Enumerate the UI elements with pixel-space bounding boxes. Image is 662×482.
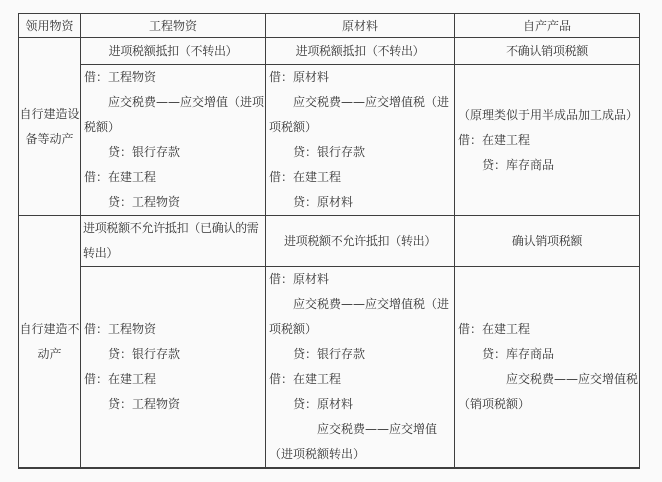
text-line: 转出） [83, 241, 264, 266]
text-line: 确认销项税额 [456, 229, 638, 254]
text-line: （原理类似于用半成品加工成品） [458, 103, 638, 128]
tax-treatment-cell: 不确认销项税额 [455, 38, 640, 65]
text-line: （进项税额转出） [269, 442, 453, 467]
text-line: （销项税额） [458, 392, 638, 417]
text-line: 贷：银行存款 [269, 342, 453, 367]
row-label-immovable-assets: 自行建造不动产 [19, 216, 81, 469]
text-line: 应交税费——应交增值（进项 [84, 90, 264, 115]
text-line: 贷：银行存款 [269, 140, 453, 165]
header-cell-requisitioned-materials: 领用物资 [19, 14, 81, 38]
text-line: 贷：银行存款 [84, 342, 264, 367]
text-line: 借：在建工程 [84, 165, 264, 190]
tax-treatment-cell: 进项税额不允许抵扣（转出） [266, 216, 455, 267]
text-line: 自行建造不 [19, 317, 80, 342]
header-cell-self-produced-goods: 自产产品 [455, 14, 640, 38]
row-label-movable-assets: 自行建造设备等动产 [19, 38, 81, 216]
text-line: 项税额） [269, 317, 453, 342]
tax-treatment-cell: 进项税额抵扣（不转出） [266, 38, 455, 65]
text-line: 贷：库存商品 [458, 153, 638, 178]
text-line: 借：在建工程 [84, 367, 264, 392]
text-line: 备等动产 [19, 127, 80, 152]
text-line: 动产 [19, 342, 80, 367]
text-line: 借：原材料 [269, 65, 453, 90]
text-line: 贷：原材料 [269, 190, 453, 215]
text-line: 借：工程物资 [84, 65, 264, 90]
text-line: 借：原材料 [269, 267, 453, 292]
row2-treatment-row: 自行建造不动产 进项税额不允许抵扣（已确认的需转出） 进项税额不允许抵扣（转出）… [19, 216, 640, 267]
text-line: 借：在建工程 [269, 165, 453, 190]
accounting-table: 领用物资 工程物资 原材料 自产产品 自行建造设备等动产 进项税额抵扣（不转出）… [18, 13, 640, 469]
journal-entries-cell: 借：原材料应交税费——应交增值税（进项税额）贷：银行存款借：在建工程贷：原材料 [266, 65, 455, 216]
text-line: 税额） [84, 115, 264, 140]
text-line: 贷：银行存款 [84, 140, 264, 165]
text-line: 进项税额抵扣（不转出） [82, 39, 264, 64]
row2-entries-row: 借：工程物资贷：银行存款借：在建工程贷：工程物资 借：原材料应交税费——应交增值… [19, 267, 640, 469]
text-line: 借：在建工程 [458, 317, 638, 342]
tax-treatment-cell: 进项税额抵扣（不转出） [81, 38, 266, 65]
header-cell-engineering-materials: 工程物资 [81, 14, 266, 38]
journal-entries-cell: 借：工程物资贷：银行存款借：在建工程贷：工程物资 [81, 267, 266, 469]
text-line: 自行建造设 [19, 102, 80, 127]
text-line: 应交税费——应交增值税 [458, 367, 638, 392]
tax-treatment-cell: 确认销项税额 [455, 216, 640, 267]
text-line: 应交税费——应交增值 [269, 417, 453, 442]
journal-entries-cell: 借：在建工程贷：库存商品应交税费——应交增值税（销项税额） [455, 267, 640, 469]
header-row: 领用物资 工程物资 原材料 自产产品 [19, 14, 640, 38]
text-line: 进项税额不允许抵扣（已确认的需 [83, 216, 264, 241]
text-line: 借：在建工程 [458, 128, 638, 153]
row1-entries-row: 借：工程物资应交税费——应交增值（进项税额）贷：银行存款借：在建工程贷：工程物资… [19, 65, 640, 216]
tax-treatment-cell: 进项税额不允许抵扣（已确认的需转出） [81, 216, 266, 267]
page: 领用物资 工程物资 原材料 自产产品 自行建造设备等动产 进项税额抵扣（不转出）… [0, 0, 662, 482]
text-line: 贷：工程物资 [84, 190, 264, 215]
text-line: 不确认销项税额 [456, 39, 638, 64]
text-line: 借：工程物资 [84, 317, 264, 342]
text-line: 项税额） [269, 115, 453, 140]
text-line: 贷：库存商品 [458, 342, 638, 367]
text-line: 应交税费——应交增值税（进 [269, 292, 453, 317]
journal-entries-cell: 借：原材料应交税费——应交增值税（进项税额）贷：银行存款借：在建工程贷：原材料应… [266, 267, 455, 469]
row1-treatment-row: 自行建造设备等动产 进项税额抵扣（不转出） 进项税额抵扣（不转出） 不确认销项税… [19, 38, 640, 65]
journal-entries-cell: （原理类似于用半成品加工成品）借：在建工程贷：库存商品 [455, 65, 640, 216]
text-line: 贷：工程物资 [84, 392, 264, 417]
text-line: 借：在建工程 [269, 367, 453, 392]
header-cell-raw-materials: 原材料 [266, 14, 455, 38]
journal-entries-cell: 借：工程物资应交税费——应交增值（进项税额）贷：银行存款借：在建工程贷：工程物资 [81, 65, 266, 216]
text-line: 贷：原材料 [269, 392, 453, 417]
text-line: 进项税额不允许抵扣（转出） [267, 229, 453, 254]
text-line: 进项税额抵扣（不转出） [267, 39, 453, 64]
text-line: 应交税费——应交增值税（进 [269, 90, 453, 115]
